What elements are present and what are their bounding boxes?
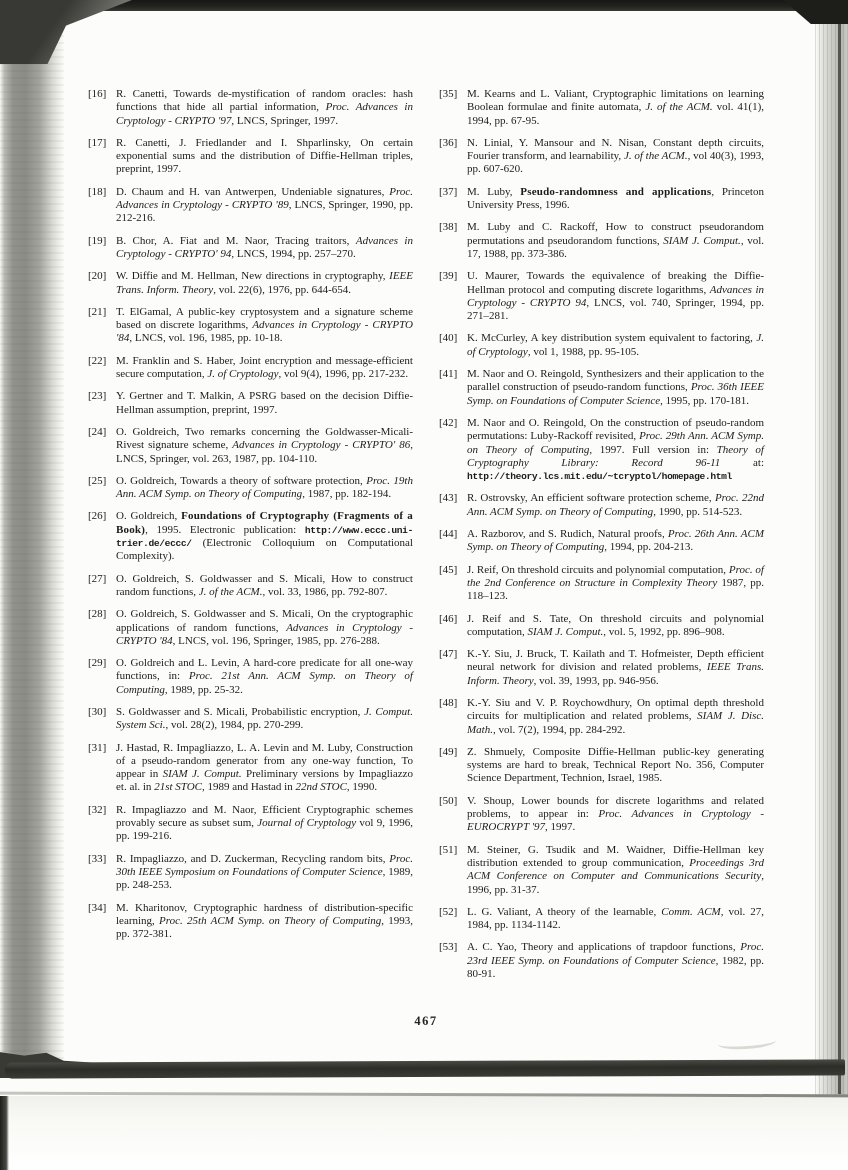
- references-column-left: [16]R. Canetti, Towards de-mystification…: [88, 88, 413, 990]
- reference-number: [37]: [439, 186, 460, 213]
- references-column-right: [35]M. Kearns and L. Valiant, Cryptograp…: [439, 88, 764, 990]
- reference-text: R. Canetti, Towards de-mystification of …: [116, 88, 413, 128]
- reference-entry: [19]B. Chor, A. Fiat and M. Naor, Tracin…: [88, 235, 413, 262]
- reference-number: [23]: [88, 390, 109, 417]
- reference-text: M. Naor and O. Reingold, Synthesizers an…: [467, 368, 764, 408]
- reference-entry: [24]O. Goldreich, Two remarks concerning…: [88, 426, 413, 466]
- reference-number: [46]: [439, 613, 460, 640]
- reference-entry: [17]R. Canetti, J. Friedlander and I. Sh…: [88, 137, 413, 177]
- reference-entry: [50]V. Shoup, Lower bounds for discrete …: [439, 795, 764, 835]
- reference-number: [18]: [88, 186, 109, 226]
- reference-entry: [36]N. Linial, Y. Mansour and N. Nisan, …: [439, 137, 764, 177]
- lower-page-left-edge: [0, 1096, 9, 1170]
- reference-text: A. Razborov, and S. Rudich, Natural proo…: [467, 528, 764, 555]
- reference-entry: [47]K.-Y. Siu, J. Bruck, T. Kailath and …: [439, 648, 764, 688]
- reference-text: N. Linial, Y. Mansour and N. Nisan, Cons…: [467, 137, 764, 177]
- reference-text: V. Shoup, Lower bounds for discrete loga…: [467, 795, 764, 835]
- reference-entry: [51]M. Steiner, G. Tsudik and M. Waidner…: [439, 844, 764, 897]
- scan-corner-top-right: [784, 0, 848, 24]
- reference-text: M. Luby and C. Rackoff, How to construct…: [467, 221, 764, 261]
- reference-entry: [34]M. Kharitonov, Cryptographic hardnes…: [88, 902, 413, 942]
- reference-text: O. Goldreich, Towards a theory of softwa…: [116, 475, 413, 502]
- reference-entry: [25]O. Goldreich, Towards a theory of so…: [88, 475, 413, 502]
- reference-entry: [48]K.-Y. Siu and V. P. Roychowdhury, On…: [439, 697, 764, 737]
- reference-number: [31]: [88, 742, 109, 795]
- reference-text: Z. Shmuely, Composite Diffie-Hellman pub…: [467, 746, 764, 786]
- reference-entry: [33]R. Impagliazzo, and D. Zuckerman, Re…: [88, 853, 413, 893]
- reference-text: J. Reif and S. Tate, On threshold circui…: [467, 613, 764, 640]
- reference-number: [52]: [439, 906, 460, 933]
- reference-text: O. Goldreich, Two remarks concerning the…: [116, 426, 413, 466]
- book-cover-edge-line: [838, 12, 841, 1094]
- reference-number: [22]: [88, 355, 109, 382]
- reference-number: [28]: [88, 608, 109, 648]
- reference-text: R. Impagliazzo, and D. Zuckerman, Recycl…: [116, 853, 413, 893]
- reference-entry: [42]M. Naor and O. Reingold, On the cons…: [439, 417, 764, 483]
- references-section: [16]R. Canetti, Towards de-mystification…: [88, 88, 764, 990]
- reference-number: [42]: [439, 417, 460, 483]
- reference-number: [16]: [88, 88, 109, 128]
- reference-text: O. Goldreich, S. Goldwasser and S. Mical…: [116, 573, 413, 600]
- reference-number: [27]: [88, 573, 109, 600]
- reference-text: M. Naor and O. Reingold, On the construc…: [467, 417, 764, 483]
- reference-text: M. Franklin and S. Haber, Joint encrypti…: [116, 355, 413, 382]
- reference-text: O. Goldreich, Foundations of Cryptograph…: [116, 510, 413, 563]
- reference-entry: [49]Z. Shmuely, Composite Diffie-Hellman…: [439, 746, 764, 786]
- scanned-paper-page: [16]R. Canetti, Towards de-mystification…: [0, 0, 848, 1170]
- reference-entry: [43]R. Ostrovsky, An efficient software …: [439, 492, 764, 519]
- reference-number: [47]: [439, 648, 460, 688]
- reference-entry: [23]Y. Gertner and T. Malkin, A PSRG bas…: [88, 390, 413, 417]
- reference-text: U. Maurer, Towards the equivalence of br…: [467, 270, 764, 323]
- reference-text: K.-Y. Siu and V. P. Roychowdhury, On opt…: [467, 697, 764, 737]
- reference-number: [41]: [439, 368, 460, 408]
- reference-number: [38]: [439, 221, 460, 261]
- reference-entry: [18]D. Chaum and H. van Antwerpen, Unden…: [88, 186, 413, 226]
- reference-entry: [41]M. Naor and O. Reingold, Synthesizer…: [439, 368, 764, 408]
- reference-entry: [22]M. Franklin and S. Haber, Joint encr…: [88, 355, 413, 382]
- reference-number: [53]: [439, 941, 460, 981]
- reference-number: [44]: [439, 528, 460, 555]
- reference-number: [50]: [439, 795, 460, 835]
- reference-number: [51]: [439, 844, 460, 897]
- reference-entry: [29]O. Goldreich and L. Levin, A hard-co…: [88, 657, 413, 697]
- reference-number: [33]: [88, 853, 109, 893]
- reference-number: [48]: [439, 697, 460, 737]
- reference-number: [36]: [439, 137, 460, 177]
- reference-text: O. Goldreich, S. Goldwasser and S. Mical…: [116, 608, 413, 648]
- reference-text: R. Canetti, J. Friedlander and I. Shparl…: [116, 137, 413, 177]
- reference-number: [49]: [439, 746, 460, 786]
- reference-entry: [46]J. Reif and S. Tate, On threshold ci…: [439, 613, 764, 640]
- reference-entry: [38]M. Luby and C. Rackoff, How to const…: [439, 221, 764, 261]
- reference-entry: [32]R. Impagliazzo and M. Naor, Efficien…: [88, 804, 413, 844]
- reference-entry: [28]O. Goldreich, S. Goldwasser and S. M…: [88, 608, 413, 648]
- reference-number: [45]: [439, 564, 460, 604]
- reference-number: [39]: [439, 270, 460, 323]
- reference-number: [17]: [88, 137, 109, 177]
- reference-entry: [35]M. Kearns and L. Valiant, Cryptograp…: [439, 88, 764, 128]
- reference-entry: [27]O. Goldreich, S. Goldwasser and S. M…: [88, 573, 413, 600]
- reference-text: M. Kharitonov, Cryptographic hardness of…: [116, 902, 413, 942]
- reference-text: M. Steiner, G. Tsudik and M. Waidner, Di…: [467, 844, 764, 897]
- reference-text: R. Impagliazzo and M. Naor, Efficient Cr…: [116, 804, 413, 844]
- faint-pen-mark: [718, 1034, 777, 1051]
- reference-number: [21]: [88, 306, 109, 346]
- reference-number: [24]: [88, 426, 109, 466]
- reference-entry: [44]A. Razborov, and S. Rudich, Natural …: [439, 528, 764, 555]
- reference-entry: [21]T. ElGamal, A public-key cryptosyste…: [88, 306, 413, 346]
- reference-text: J. Reif, On threshold circuits and polyn…: [467, 564, 764, 604]
- reference-text: O. Goldreich and L. Levin, A hard-core p…: [116, 657, 413, 697]
- reference-entry: [39]U. Maurer, Towards the equivalence o…: [439, 270, 764, 323]
- reference-number: [32]: [88, 804, 109, 844]
- reference-text: R. Ostrovsky, An efficient software prot…: [467, 492, 764, 519]
- reference-entry: [40]K. McCurley, A key distribution syst…: [439, 332, 764, 359]
- reference-entry: [16]R. Canetti, Towards de-mystification…: [88, 88, 413, 128]
- reference-entry: [26]O. Goldreich, Foundations of Cryptog…: [88, 510, 413, 563]
- reference-text: W. Diffie and M. Hellman, New directions…: [116, 270, 413, 297]
- reference-number: [40]: [439, 332, 460, 359]
- reference-number: [25]: [88, 475, 109, 502]
- page-number: 467: [88, 1014, 764, 1029]
- reference-text: K.-Y. Siu, J. Bruck, T. Kailath and T. H…: [467, 648, 764, 688]
- reference-text: B. Chor, A. Fiat and M. Naor, Tracing tr…: [116, 235, 413, 262]
- reference-text: Y. Gertner and T. Malkin, A PSRG based o…: [116, 390, 413, 417]
- reference-text: T. ElGamal, A public-key cryptosystem an…: [116, 306, 413, 346]
- reference-text: K. McCurley, A key distribution system e…: [467, 332, 764, 359]
- scan-left-edge-texture: [0, 0, 64, 1072]
- reference-number: [34]: [88, 902, 109, 942]
- reference-entry: [30]S. Goldwasser and S. Micali, Probabi…: [88, 706, 413, 733]
- reference-text: L. G. Valiant, A theory of the learnable…: [467, 906, 764, 933]
- reference-entry: [31]J. Hastad, R. Impagliazzo, L. A. Lev…: [88, 742, 413, 795]
- reference-number: [30]: [88, 706, 109, 733]
- reference-number: [26]: [88, 510, 109, 563]
- reference-text: M. Kearns and L. Valiant, Cryptographic …: [467, 88, 764, 128]
- reference-text: J. Hastad, R. Impagliazzo, L. A. Levin a…: [116, 742, 413, 795]
- reference-entry: [37]M. Luby, Pseudo-randomness and appli…: [439, 186, 764, 213]
- reference-entry: [52]L. G. Valiant, A theory of the learn…: [439, 906, 764, 933]
- reference-number: [19]: [88, 235, 109, 262]
- reference-text: A. C. Yao, Theory and applications of tr…: [467, 941, 764, 981]
- reference-entry: [45]J. Reif, On threshold circuits and p…: [439, 564, 764, 604]
- scan-bottom-edge: [5, 1059, 845, 1078]
- reference-text: M. Luby, Pseudo-randomness and applicati…: [467, 186, 764, 213]
- reference-number: [43]: [439, 492, 460, 519]
- scanner-background: [0, 1096, 848, 1170]
- reference-number: [35]: [439, 88, 460, 128]
- book-page-stack-streaks: [815, 0, 848, 1096]
- reference-entry: [20]W. Diffie and M. Hellman, New direct…: [88, 270, 413, 297]
- reference-number: [29]: [88, 657, 109, 697]
- reference-text: D. Chaum and H. van Antwerpen, Undeniabl…: [116, 186, 413, 226]
- reference-number: [20]: [88, 270, 109, 297]
- reference-entry: [53]A. C. Yao, Theory and applications o…: [439, 941, 764, 981]
- reference-text: S. Goldwasser and S. Micali, Probabilist…: [116, 706, 413, 733]
